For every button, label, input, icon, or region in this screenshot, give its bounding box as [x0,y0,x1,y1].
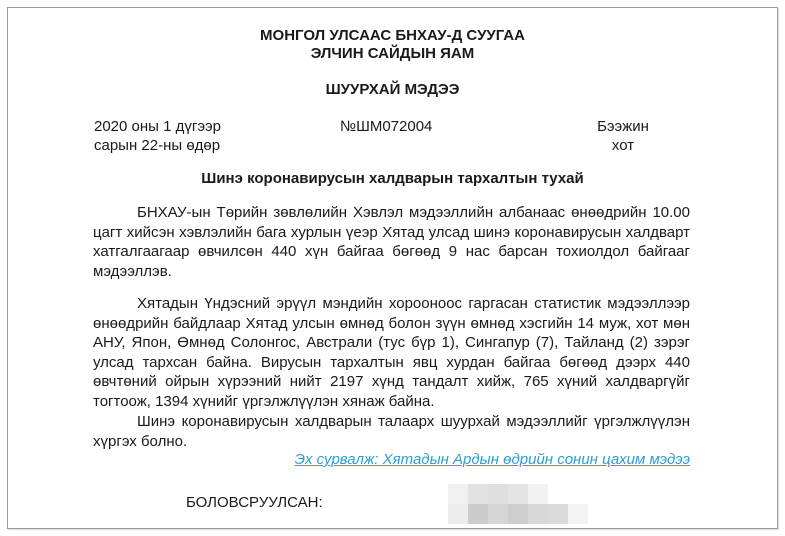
embassy-name-line1: МОНГОЛ УЛСААС БНХАУ-Д СУУГАА [0,27,785,45]
document-type-title: ШУУРХАЙ МЭДЭЭ [0,81,785,99]
document-place: Бээжин хот [588,117,658,155]
redacted-signature [448,484,588,524]
place-line-2: хот [588,136,658,155]
embassy-name-line2: ЭЛЧИН САЙДЫН ЯАМ [0,45,785,63]
document-subject: Шинэ коронавирусын халдварын тархалтын т… [0,170,785,187]
date-line-2: сарын 22-ны өдөр [94,136,221,155]
source-link[interactable]: Эх сурвалж: Хятадын Ардын өдрийн сонин ц… [295,451,690,468]
document-date: 2020 оны 1 дүгээр сарын 22-ны өдөр [94,117,221,155]
paragraph-2: Хятадын Үндэсний эрүүл мэндийн хорооноос… [93,294,690,411]
prepared-by-label: БОЛОВСРУУЛСАН: [186,494,323,511]
paragraph-1: БНХАУ-ын Төрийн зөвлөлийн Хэвлэл мэдээлл… [93,203,690,281]
document-number: №ШМ072004 [340,117,432,136]
date-line-1: 2020 оны 1 дүгээр [94,117,221,136]
paragraph-3: Шинэ коронавирусын халдварын талаарх шуу… [93,412,690,451]
place-line-1: Бээжин [588,117,658,136]
